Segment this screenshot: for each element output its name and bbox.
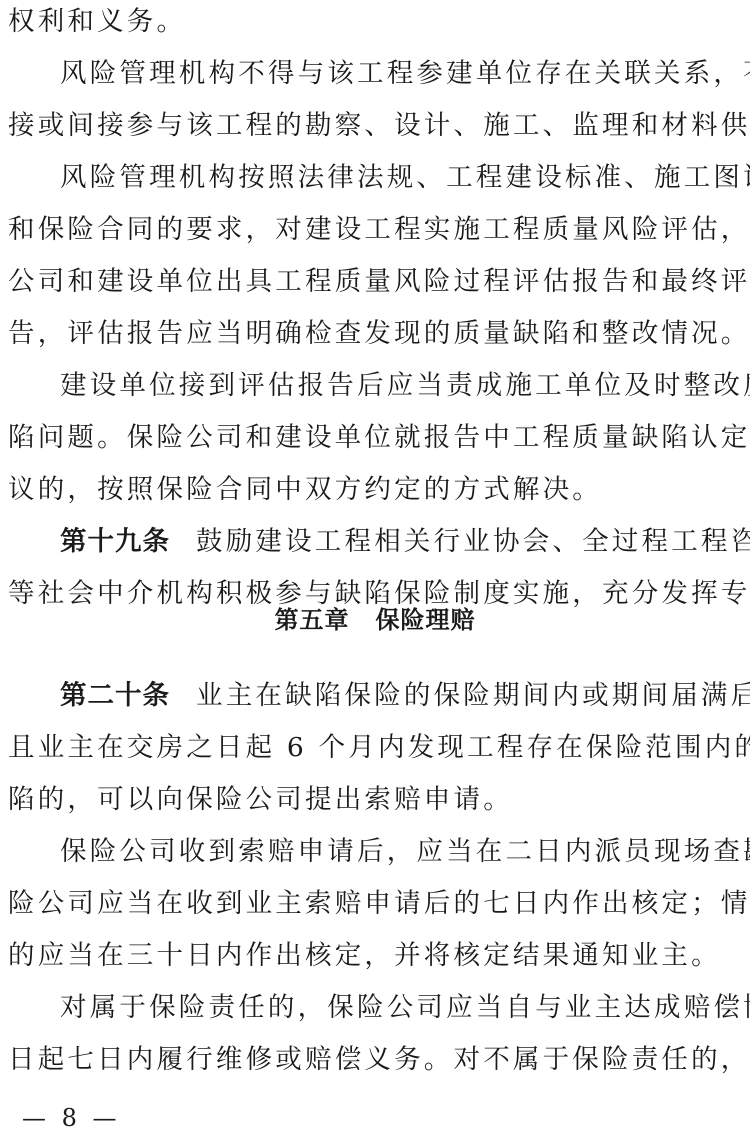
text-line: 对属于保险责任的，保险公司应当自与业主达成赔偿协议之 [60, 988, 746, 1028]
text-line: 接或间接参与该工程的勘察、设计、施工、监理和材料供应等工作。 [8, 106, 746, 146]
chapter-number: 第五章 [275, 600, 350, 640]
text-line: 日起七日内履行维修或赔偿义务。对不属于保险责任的，保险公 [8, 1040, 746, 1080]
text-line: 业主在缺陷保险的保险期间内或期间届满后交房 [196, 680, 750, 711]
article-19-first-line: 第十九条鼓励建设工程相关行业协会、全过程工程咨询机构 [60, 522, 746, 562]
chapter-title: 保险理赔 [376, 600, 476, 640]
text-line: 公司和建设单位出具工程质量风险过程评估报告和最终评估报 [8, 262, 746, 302]
text-line: 风险管理机构不得与该工程参建单位存在关联关系，不得直 [60, 54, 746, 94]
chapter-heading: 第五章保险理赔 [0, 600, 750, 640]
document-page: 权利和义务。 风险管理机构不得与该工程参建单位存在关联关系，不得直 接或间接参与… [0, 0, 750, 1147]
article-heading: 第二十条 [60, 680, 170, 711]
text-line: 的应当在三十日内作出核定，并将核定结果通知业主。 [8, 936, 746, 976]
text-line: 陷的，可以向保险公司提出索赔申请。 [8, 780, 746, 820]
page-number: — 8 — [22, 1098, 121, 1138]
text-line: 权利和义务。 [8, 2, 746, 42]
text-line: 议的，按照保险合同中双方约定的方式解决。 [8, 470, 746, 510]
text-line: 告，评估报告应当明确检查发现的质量缺陷和整改情况。 [8, 314, 746, 354]
text-line: 险公司应当在收到业主索赔申请后的七日内作出核定；情形复杂 [8, 884, 746, 924]
text-line: 和保险合同的要求，对建设工程实施工程质量风险评估，并向保险 [8, 210, 746, 250]
text-line: 建设单位接到评估报告后应当责成施工单位及时整改质量缺 [60, 366, 746, 406]
text-line: 鼓励建设工程相关行业协会、全过程工程咨询机构 [196, 526, 750, 557]
text-line: 风险管理机构按照法律法规、工程建设标准、施工图设计文件 [60, 158, 746, 198]
text-line: 陷问题。保险公司和建设单位就报告中工程质量缺陷认定存在争 [8, 418, 746, 458]
article-heading: 第十九条 [60, 526, 170, 557]
text-line: 且业主在交房之日起 6 个月内发现工程存在保险范围内的质量缺 [8, 728, 746, 768]
article-20-first-line: 第二十条业主在缺陷保险的保险期间内或期间届满后交房 [60, 676, 746, 716]
text-line: 保险公司收到索赔申请后，应当在二日内派员现场查勘。保 [60, 832, 746, 872]
